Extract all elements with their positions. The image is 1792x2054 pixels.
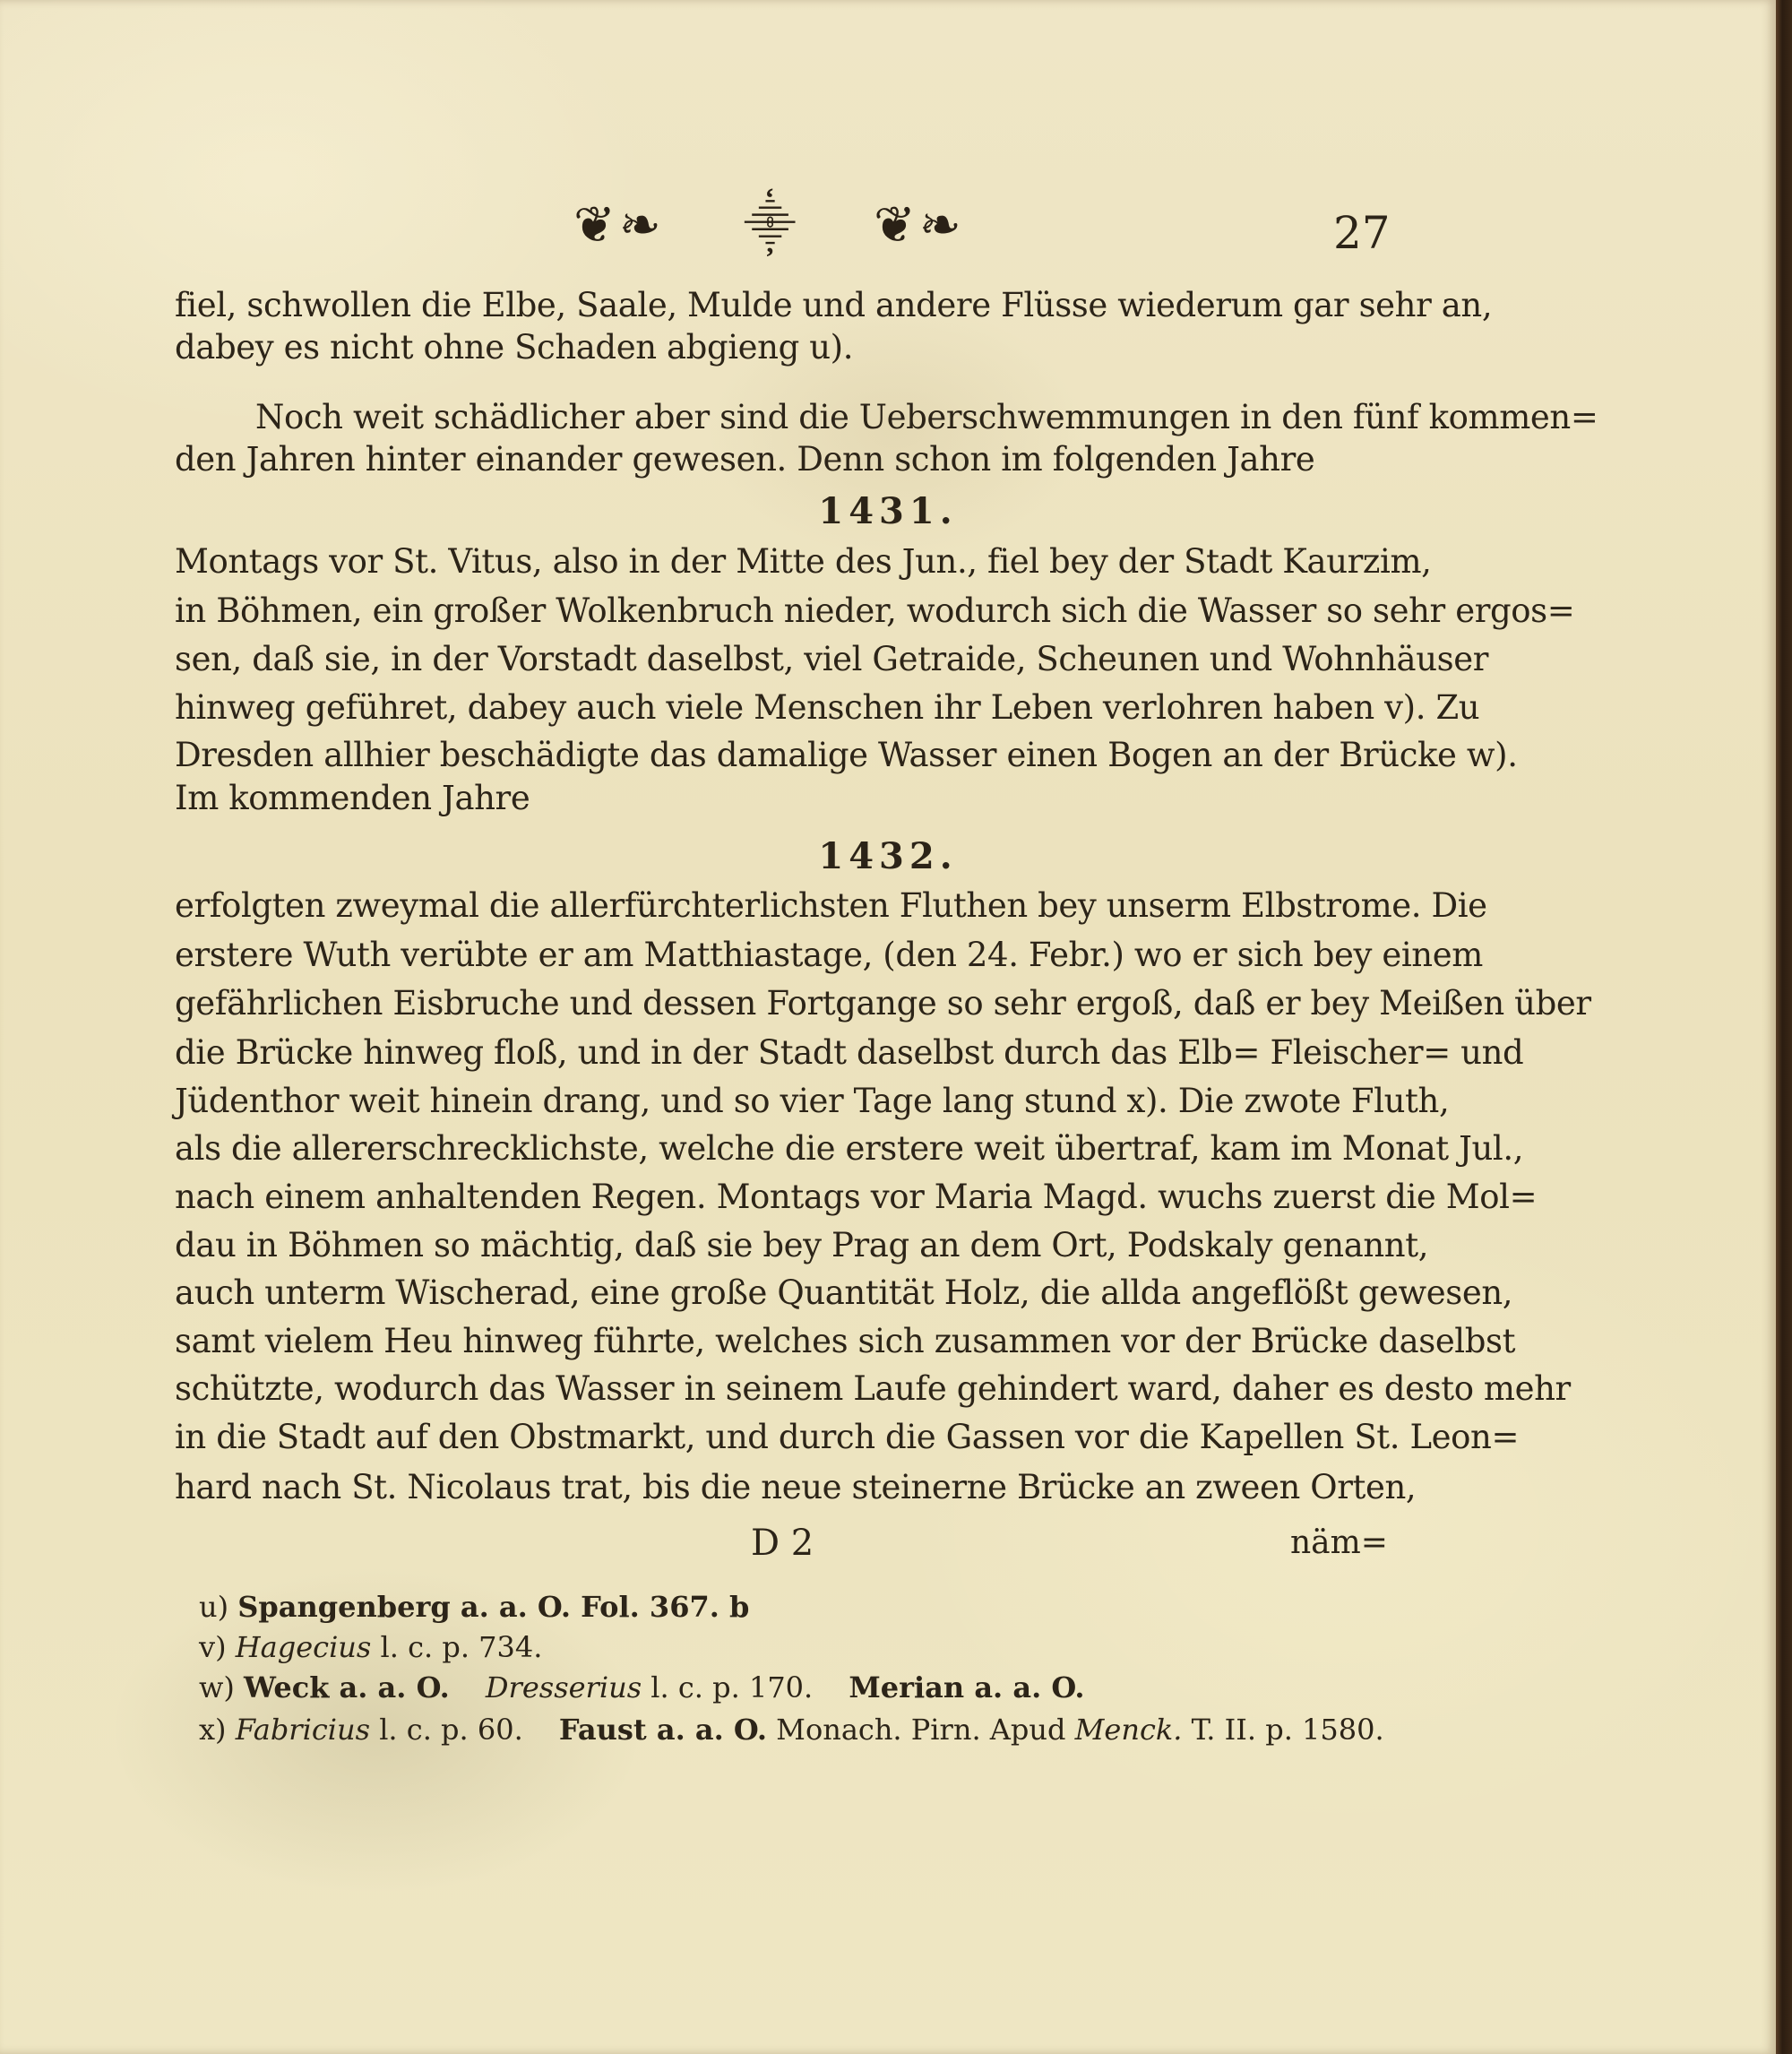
text-line: fiel, schwollen die Elbe, Saale, Mulde u… [175,285,1375,326]
text-line: schützte, wodurch das Wasser in seinem L… [175,1368,1375,1410]
text-line: in Böhmen, ein großer Wolkenbruch nieder… [175,591,1375,632]
text-line: gefährlichen Eisbruche und dessen Fortga… [175,983,1375,1024]
footnote-author: Dresserius [486,1670,642,1704]
text-line: samt vielem Heu hinweg führte, welches s… [175,1321,1375,1362]
footnote-citation: Merian a. a. O. [849,1670,1084,1704]
signature-mark: D 2 [751,1523,814,1563]
paragraph-first-line: Noch weit schädlicher aber sind die Uebe… [175,397,1375,438]
footnote-marker: v) [199,1630,227,1664]
footnote-citation: Faust a. a. O. [559,1713,767,1747]
footnote-u: u) Spangenberg a. a. O. Fol. 367. b [199,1589,749,1625]
ornament-crown-icon: ⸎ [744,199,799,253]
text-line: als die allererschrecklichste, welche di… [175,1128,1375,1169]
footnote-v: v) Hagecius l. c. p. 734. [199,1629,542,1665]
text-line: hard nach St. Nicolaus trat, bis die neu… [175,1467,1375,1508]
text-line: sen, daß sie, in der Vorstadt daselbst, … [175,639,1375,680]
book-page: ❦❧ ⸎ ❦❧ 27 fiel, schwollen die Elbe, Saa… [0,0,1776,2054]
text-line: dau in Böhmen so mächtig, daß sie bey Pr… [175,1225,1375,1266]
binding-edge [1776,0,1792,2054]
footnote-citation: Spangenberg a. a. O. Fol. 367. b [237,1590,749,1624]
ornament-fleuron-left-icon: ❦❧ [573,199,665,253]
catchword: näm= [1290,1523,1388,1563]
footnote-author: Menck. [1075,1713,1183,1747]
text-line: die Brücke hinweg floß, und in der Stadt… [175,1032,1375,1074]
text-line: erfolgten zweymal die allerfürchterlichs… [175,885,1375,927]
footnote-author: Hagecius [236,1630,372,1664]
text-line: Montags vor St. Vitus, also in der Mitte… [175,541,1375,583]
footnote-marker: x) [199,1713,227,1747]
text-line: auch unterm Wischerad, eine große Quanti… [175,1273,1375,1314]
text-line: dabey es nicht ohne Schaden abgieng u). [175,327,1375,368]
footnote-w: w) Weck a. a. O. Dresserius l. c. p. 170… [199,1670,1084,1705]
footnote-citation: T. II. p. 1580. [1182,1713,1383,1747]
footnote-author: Fabricius [236,1713,370,1747]
page-number: 27 [1333,208,1391,258]
text-line: nach einem anhaltenden Regen. Montags vo… [175,1177,1375,1218]
year-heading-1431: 1431. [0,491,1776,532]
text-line: den Jahren hinter einander gewesen. Denn… [175,439,1375,480]
footnote-citation: Monach. Pirn. Apud [767,1713,1075,1747]
year-heading-1432: 1432. [0,836,1776,877]
footnote-citation: Weck a. a. O. [244,1670,450,1704]
footnote-marker: w) [199,1670,235,1704]
text-line: erstere Wuth verübte er am Matthiastage,… [175,935,1375,976]
footnote-citation: l. c. p. 60. [370,1713,523,1747]
text-line: Jüdenthor weit hinein drang, und so vier… [175,1081,1375,1122]
footnote-marker: u) [199,1590,228,1624]
footnote-citation: l. c. p. 170. [642,1670,813,1704]
footnote-citation: l. c. p. 734. [371,1630,542,1664]
page-header: ❦❧ ⸎ ❦❧ 27 [0,190,1776,262]
footnote-x: x) Fabricius l. c. p. 60. Faust a. a. O.… [199,1712,1384,1748]
text-line: Dresden allhier beschädigte das damalige… [175,735,1375,776]
text-line: Im kommenden Jahre [175,778,1375,819]
text-line: hinweg geführet, dabey auch viele Mensch… [175,687,1375,729]
text-line: in die Stadt auf den Obstmarkt, und durc… [175,1417,1375,1458]
ornament-fleuron-right-icon: ❦❧ [874,199,965,253]
